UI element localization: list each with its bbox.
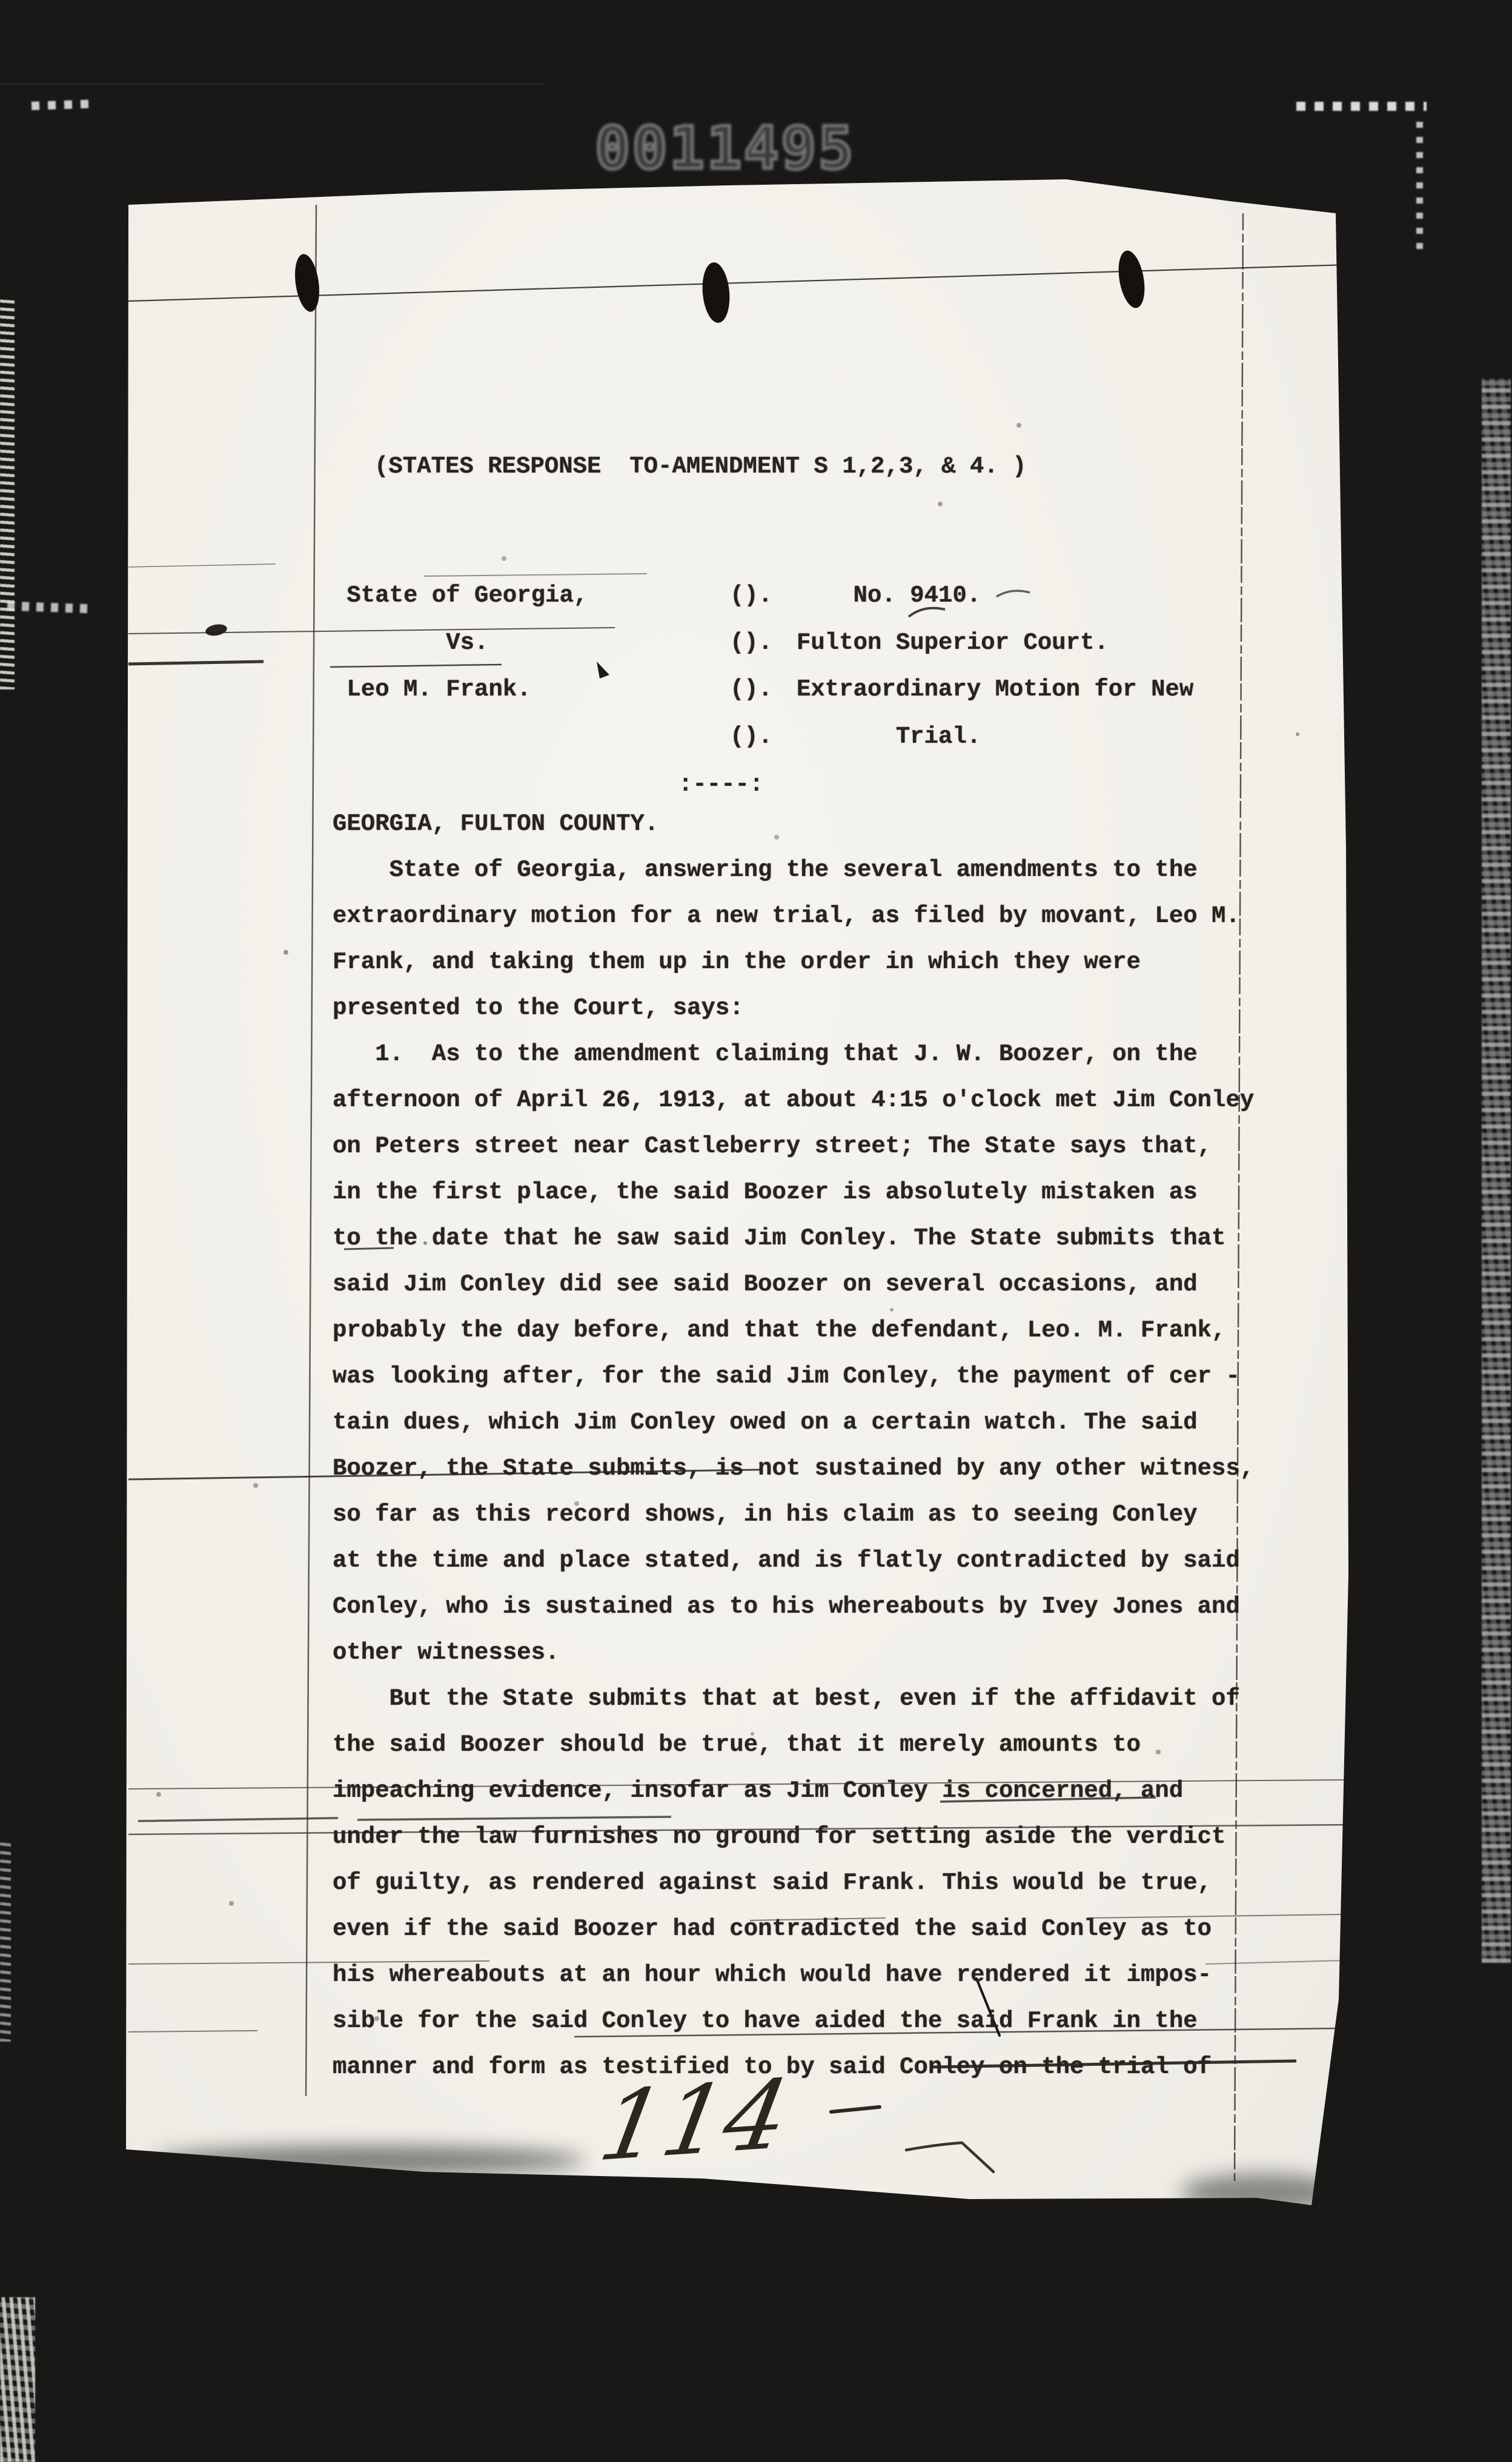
caption-row: State of Georgia,(). No. 9410. bbox=[333, 572, 1362, 619]
typed-line: Frank, and taking them up in the order i… bbox=[333, 939, 1254, 985]
document-title: (STATES RESPONSE TO-AMENDMENT S 1,2,3, &… bbox=[374, 452, 1027, 481]
film-edge-texture bbox=[7, 602, 89, 614]
left-margin-rule bbox=[306, 205, 316, 2096]
typed-line: probably the day before, and that the de… bbox=[333, 1307, 1254, 1353]
typed-line: Boozer, the State submits, is not sustai… bbox=[333, 1445, 1254, 1491]
typed-line: other witnesses. bbox=[333, 1630, 1254, 1676]
typed-line: extraordinary motion for a new trial, as… bbox=[333, 893, 1254, 939]
typed-line: said Jim Conley did see said Boozer on s… bbox=[333, 1261, 1254, 1307]
typed-line: on Peters street near Castleberry street… bbox=[333, 1123, 1254, 1169]
typed-line: But the State submits that at best, even… bbox=[333, 1676, 1254, 1722]
typed-line: sible for the said Conley to have aided … bbox=[333, 1998, 1254, 2044]
edge-smudge bbox=[154, 2146, 585, 2175]
caption-party: Vs. bbox=[333, 619, 488, 666]
scratch-line bbox=[128, 662, 264, 664]
typed-line: even if the said Boozer had contradicted… bbox=[333, 1906, 1254, 1952]
typed-body: GEORGIA, FULTON COUNTY. State of Georgia… bbox=[333, 801, 1254, 2090]
frame-number-stamp: 0011495 bbox=[595, 119, 855, 178]
film-edge-texture bbox=[0, 296, 15, 689]
ink-blob bbox=[1115, 248, 1149, 310]
caption-separator: :----: bbox=[678, 771, 763, 798]
caption-row: (). Trial. bbox=[333, 713, 1362, 760]
handwritten-page-number: 114 bbox=[592, 2063, 796, 2180]
pen-stroke bbox=[831, 2107, 880, 2112]
typed-line: so far as this record shows, in his clai… bbox=[333, 1491, 1254, 1538]
typed-line: the said Boozer should be true, that it … bbox=[333, 1722, 1254, 1768]
caption-court-info: Extraordinary Motion for New bbox=[797, 666, 1193, 713]
caption-row: Leo M. Frank.().Extraordinary Motion for… bbox=[333, 666, 1362, 713]
pen-stroke bbox=[906, 2143, 993, 2172]
paper-noise-specks bbox=[0, 0, 2, 2]
microfilm-frame: { "colors": { "background": "#191817", "… bbox=[0, 0, 1512, 2462]
caption-bracket: (). bbox=[730, 666, 772, 713]
document-page: (STATES RESPONSE TO-AMENDMENT S 1,2,3, &… bbox=[0, 0, 1512, 2462]
ink-blob bbox=[700, 261, 732, 324]
ink-blob bbox=[292, 253, 323, 313]
film-edge-texture bbox=[0, 1842, 11, 2042]
typed-line: in the first place, the said Boozer is a… bbox=[333, 1169, 1254, 1215]
typed-line: tain dues, which Jim Conley owed on a ce… bbox=[333, 1399, 1254, 1445]
typed-line: of guilty, as rendered against said Fran… bbox=[333, 1860, 1254, 1906]
caption-court-info: No. 9410. bbox=[797, 572, 981, 619]
typed-line: afternoon of April 26, 1913, at about 4:… bbox=[333, 1077, 1254, 1123]
edge-smudge bbox=[1181, 2174, 1345, 2211]
caption-bracket: (). bbox=[730, 713, 772, 760]
typed-line: his whereabouts at an hour which would h… bbox=[333, 1952, 1254, 1998]
typed-line: under the law furnishes no ground for se… bbox=[333, 1814, 1254, 1860]
caption-bracket: (). bbox=[730, 619, 772, 666]
caption-party: Leo M. Frank. bbox=[333, 666, 531, 713]
film-edge-texture bbox=[31, 99, 95, 110]
typed-line: to the date that he saw said Jim Conley.… bbox=[333, 1215, 1254, 1261]
film-edge-texture bbox=[0, 2297, 35, 2462]
caption-court-info: Fulton Superior Court. bbox=[797, 619, 1109, 666]
film-edge-texture bbox=[1416, 119, 1423, 249]
caption-party: State of Georgia, bbox=[333, 572, 588, 619]
caption-bracket: (). bbox=[730, 572, 772, 619]
ink-blob bbox=[205, 623, 228, 637]
typed-line: presented to the Court, says: bbox=[333, 985, 1254, 1031]
caption-court-info: Trial. bbox=[797, 713, 981, 760]
typed-line: was looking after, for the said Jim Conl… bbox=[333, 1353, 1254, 1399]
typed-line: State of Georgia, answering the several … bbox=[333, 847, 1254, 893]
typed-line: 1. As to the amendment claiming that J. … bbox=[333, 1031, 1254, 1077]
typed-line: impeaching evidence, insofar as Jim Conl… bbox=[333, 1768, 1254, 1814]
film-scratch-line bbox=[0, 84, 545, 85]
scratch-line bbox=[128, 564, 276, 567]
typed-line: at the time and place stated, and is fla… bbox=[333, 1538, 1254, 1584]
film-edge-texture bbox=[1482, 379, 1511, 1963]
film-edge-texture bbox=[1296, 102, 1427, 111]
caption-row: Vs.().Fulton Superior Court. bbox=[333, 619, 1362, 666]
typed-line: Conley, who is sustained as to his where… bbox=[333, 1584, 1254, 1630]
scratch-line bbox=[128, 2031, 257, 2032]
typed-line: GEORGIA, FULTON COUNTY. bbox=[333, 801, 1254, 847]
